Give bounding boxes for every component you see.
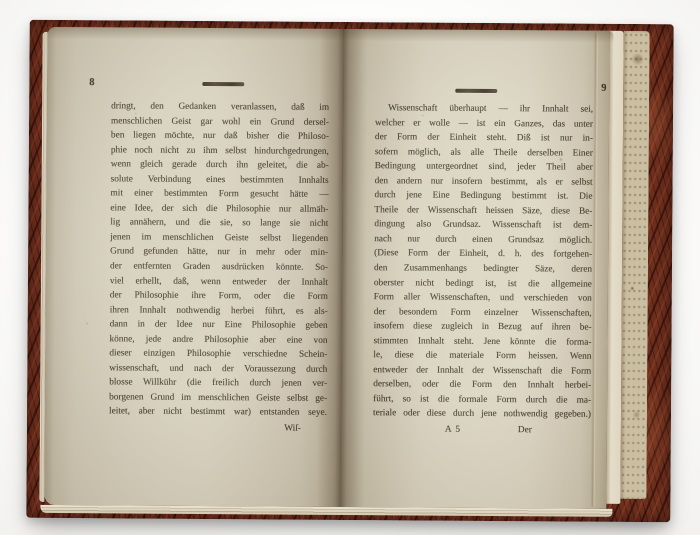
printer-rule-ornament: [202, 82, 244, 86]
text-line: Wissenschaft überhaupt — ihr Innhalt sei…: [375, 101, 593, 117]
text-line: ben liegen möchte, nur daß bisher die Ph…: [111, 128, 329, 144]
text-line: ihren Innhalt nothwendig herbei führt, e…: [110, 303, 328, 319]
text-line: (Diese Form der Einheit, d. h. des fortg…: [374, 247, 592, 263]
printer-rule-ornament: [455, 89, 497, 93]
page-left-header: 8: [47, 77, 343, 95]
text-line: Grund gefunden hätte, nur in mehr oder m…: [110, 245, 328, 261]
text-line: solute Verbindung eines bestimmten Innha…: [111, 172, 329, 188]
open-book: 8 dringt, den Gedanken veranlassen, daß …: [26, 20, 673, 522]
text-line: derselben, oder die Form den Innhalt her…: [373, 378, 591, 394]
page-number-right: 9: [601, 83, 607, 94]
text-line: welcher er wolle — ist ein Ganzes, das u…: [375, 116, 593, 132]
text-line: blosse Willkühr (die freilich durch jene…: [109, 376, 327, 392]
text-line: oberster nicht bedingt ist, ist die allg…: [374, 276, 592, 292]
text-line: der Philosophie ihre Form, oder die Form: [110, 288, 328, 304]
text-line: der Form der Einheit steht. Diß ist nur …: [375, 130, 593, 146]
text-line: sofern möglich, als alle Theile derselbe…: [375, 145, 593, 161]
text-line: eine Idee, der sich die Philosophie nur …: [110, 201, 328, 217]
text-line: phie noch nicht zu ihm selbst hindurchge…: [111, 143, 329, 159]
page-spread: 8 dringt, den Gedanken veranlassen, daß …: [44, 27, 649, 509]
text-line: könne, jede andre Philosophie aber eine …: [109, 332, 327, 348]
text-line: Bedingung untergeordnet sind, jeder Thei…: [375, 159, 593, 175]
page-left: 8 dringt, den Gedanken veranlassen, daß …: [44, 27, 343, 507]
text-line: jenen im menschlichen Geiste selbst lieg…: [110, 230, 328, 246]
photo-backdrop: 8 dringt, den Gedanken veranlassen, daß …: [0, 0, 700, 535]
text-line: viel erhellt, daß, wenn entweder der Inn…: [110, 274, 328, 290]
text-line: lig annähern, und die sie, so lange sie …: [110, 216, 328, 232]
foxed-page-edge: [620, 31, 649, 500]
text-line: wissenschaft, und nach der Voraussezung …: [109, 361, 327, 377]
page-number-left: 8: [89, 77, 95, 88]
catchword-left: Wiſ-: [109, 420, 327, 437]
text-line: mit einer bestimmten Form gesucht hätte …: [110, 187, 328, 203]
text-line: insofern diese zugleich in Bezug auf ihr…: [374, 319, 592, 335]
signature-mark: A 5: [445, 423, 461, 438]
text-line: wenn gleich gerade durch ihn geleitet, d…: [111, 158, 329, 174]
page-right-header: 9: [343, 81, 609, 99]
text-line: menschlichen Geist gar wohl ein Grund de…: [111, 114, 329, 130]
text-line: borgenen Grund im menschlichen Geiste se…: [109, 390, 327, 406]
text-line: stimmten Innhalt steht. Jene könnte die …: [373, 334, 591, 350]
text-line: nach nur durch einen Grundsaz möglich.: [374, 232, 592, 248]
text-line: der entfernten Graden ausdrücken könnte.…: [110, 259, 328, 275]
text-line: durch jene Eine Bedingung bestimmt ist. …: [374, 188, 592, 204]
fore-edge-leaves: [606, 31, 649, 509]
text-line: dann in der Idee nur Eine Philosophie ge…: [110, 318, 328, 334]
text-line: Form aller Wissenschaften, und verschied…: [374, 290, 592, 306]
text-line: Theile der Wissenschaft heissen Säze, di…: [374, 203, 592, 219]
text-line: leitet, aber nicht bestimmt war) entstan…: [109, 405, 327, 421]
text-line: le, diese die materiale Form heissen. We…: [373, 348, 591, 364]
text-line: dringt, den Gedanken veranlassen, daß im: [111, 99, 329, 115]
text-line: den andern nur insofern bestimmt, als er…: [375, 174, 593, 190]
page-left-text: dringt, den Gedanken veranlassen, daß im…: [109, 99, 329, 421]
text-line: entweder der Innhalt der Wissenschaft di…: [373, 363, 591, 379]
page-right: 9 Wissenschaft überhaupt — ihr Innhalt s…: [340, 29, 609, 509]
text-line: den Zusammenhangs bedingter Säze, deren: [374, 261, 592, 277]
page-right-footline: A 5 Der: [373, 422, 591, 439]
catchword-right: Der: [518, 423, 532, 438]
text-line: führt, so ist die formale Form durch die…: [373, 392, 591, 408]
text-line: dingung also Grundsaz. Wissenschaft ist …: [374, 218, 592, 234]
page-right-text: Wissenschaft überhaupt — ihr Innhalt sei…: [373, 101, 593, 423]
text-line: teriale oder diese durch jene nothwendig…: [373, 407, 591, 423]
text-line: der besondern Form einzelner Wissenschaf…: [374, 305, 592, 321]
text-line: dieser einzigen Philosophie verschiedne …: [109, 347, 327, 363]
